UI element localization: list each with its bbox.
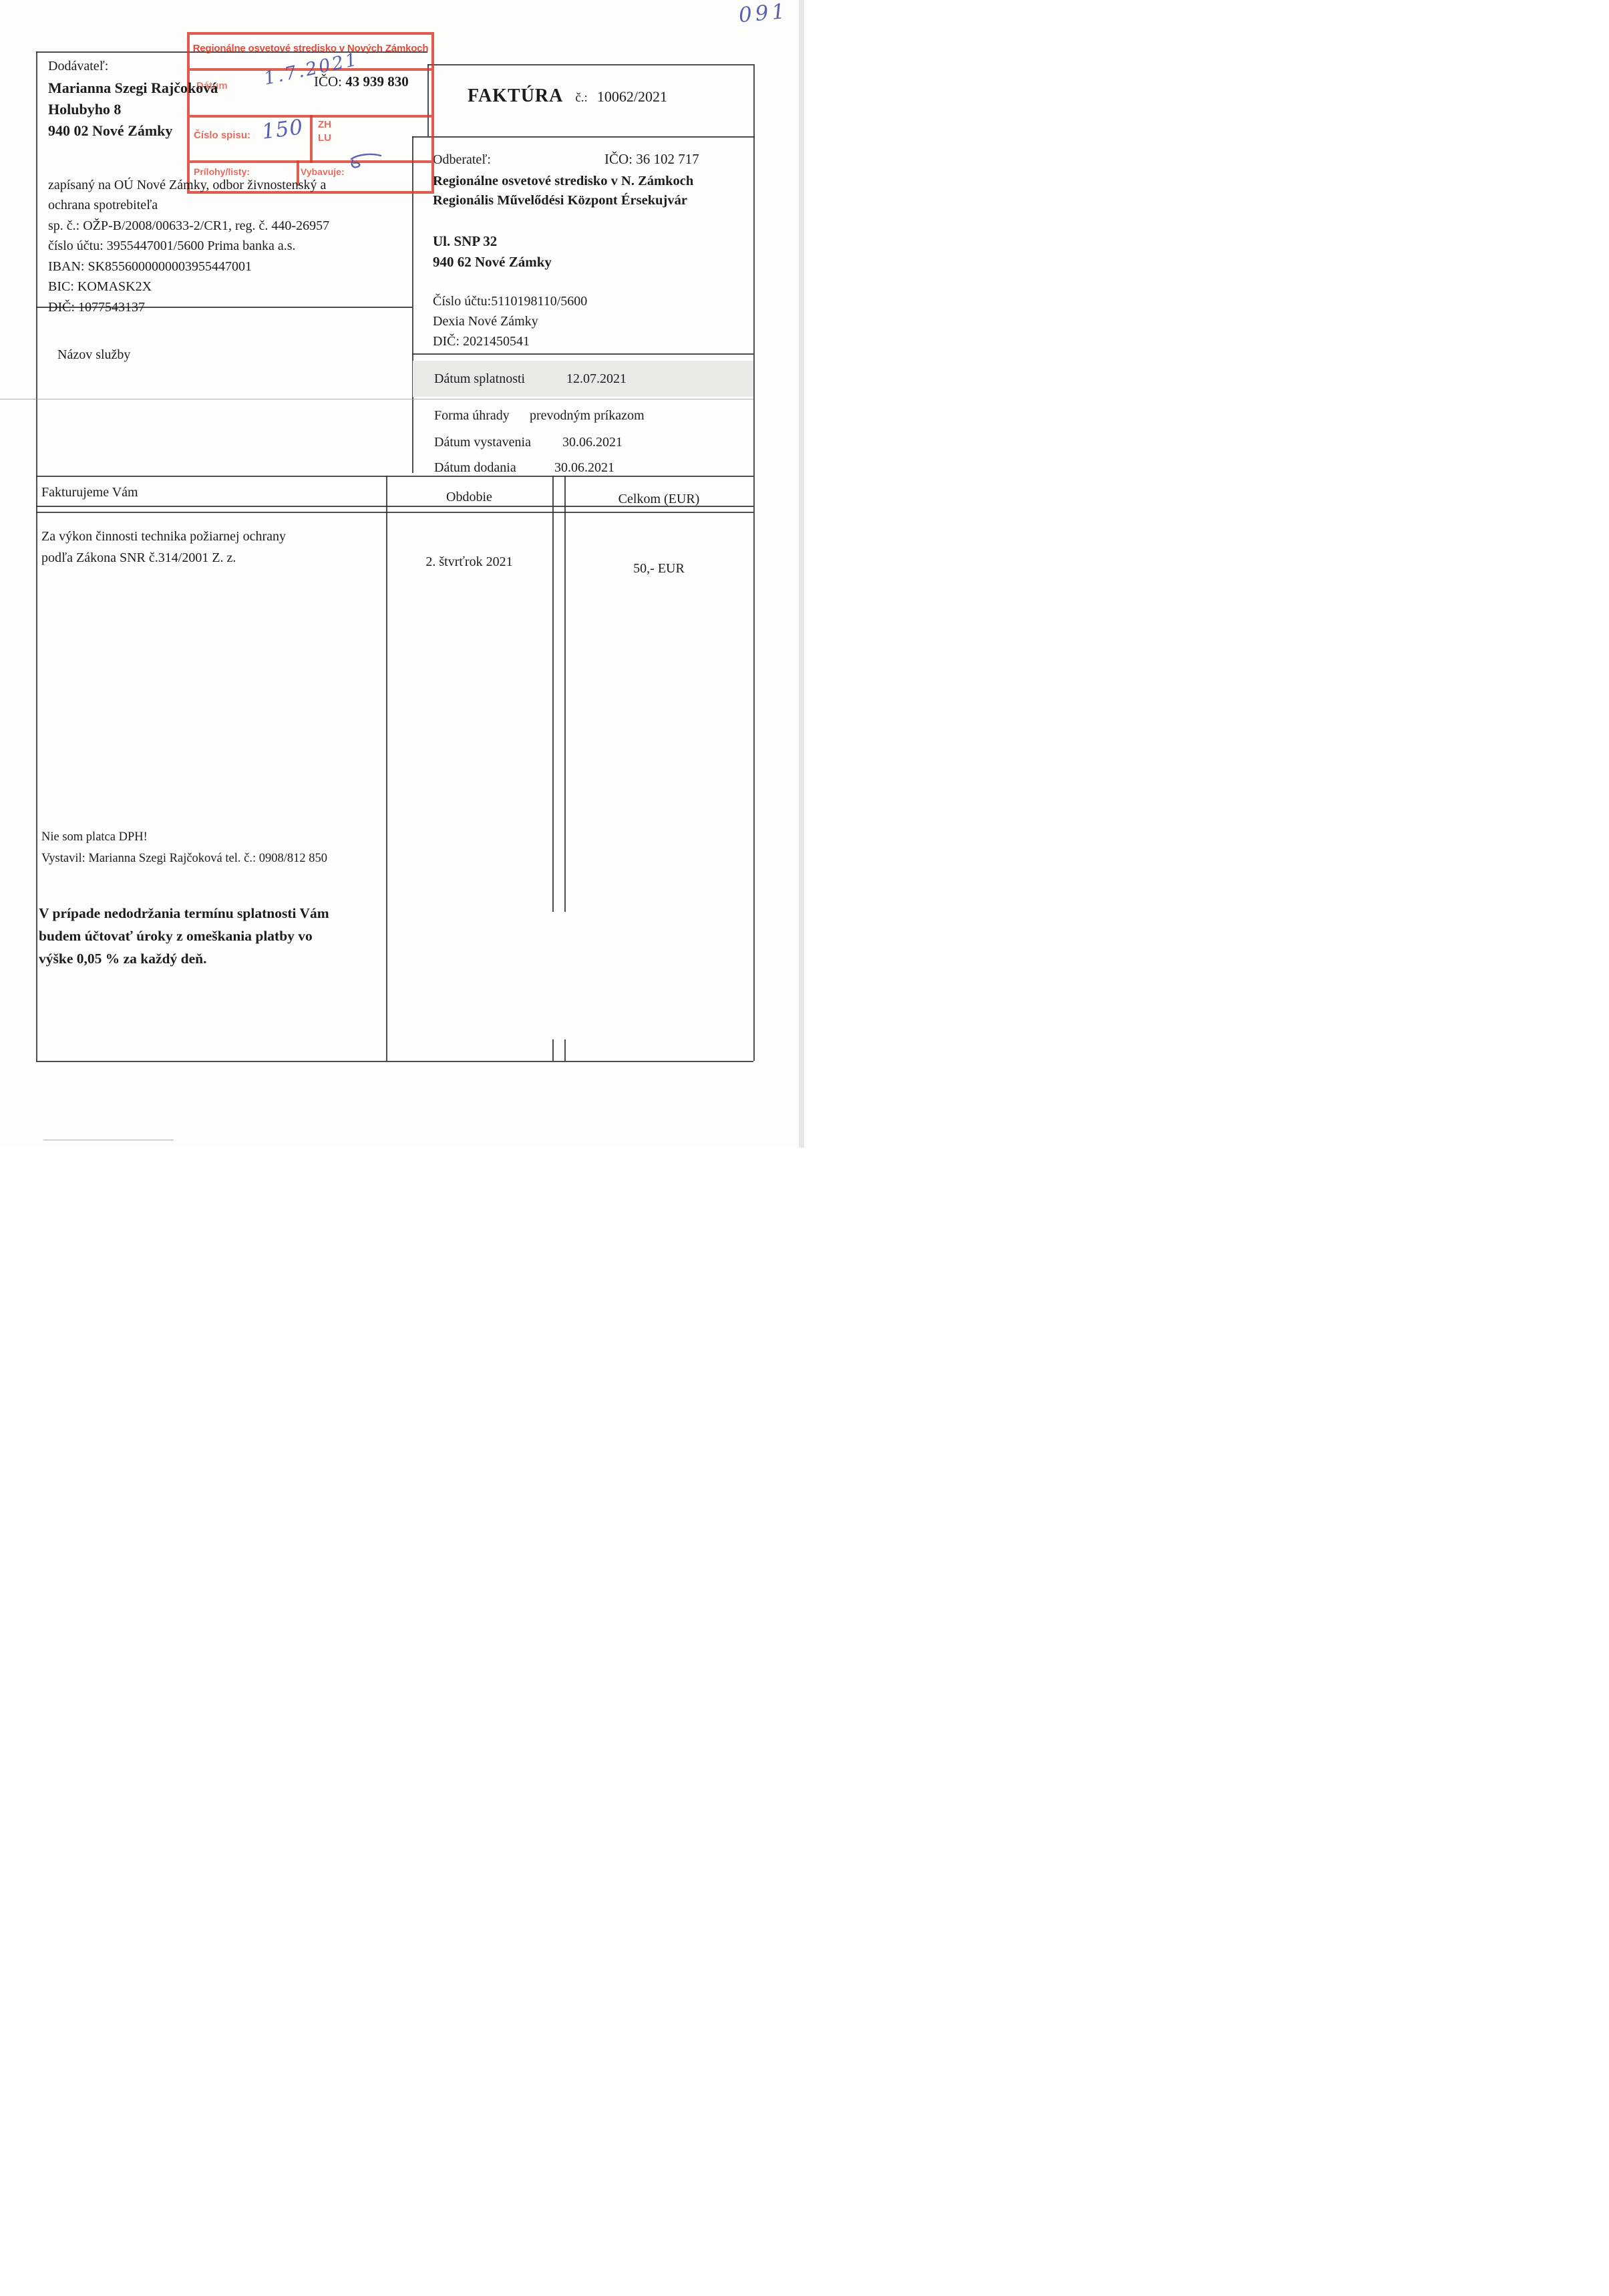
supplier-reg-line-5: IBAN: SK8556000000003955447001 — [48, 259, 252, 275]
supplier-reg-line-3: sp. č.: OŽP-B/2008/00633-2/CR1, reg. č. … — [48, 218, 329, 234]
scanned-invoice-page: 091 Regionálne osvetové stredisko v Nový… — [0, 0, 804, 1148]
line-item-description-1: Za výkon činnosti technika požiarnej och… — [41, 529, 286, 544]
stamp-row3-divider — [310, 115, 313, 163]
bottom-scan-artifact — [43, 1140, 174, 1140]
stamp-code-line2: LU — [318, 132, 331, 144]
paper-edge-shadow — [799, 0, 804, 1148]
customer-dic: DIČ: 2021450541 — [433, 334, 530, 349]
supplier-reg-line-4: číslo účtu: 3955447001/5600 Prima banka … — [48, 238, 296, 254]
issue-date-value: 30.06.2021 — [562, 435, 622, 450]
supplier-reg-line-6: BIC: KOMASK2X — [48, 279, 152, 295]
table-col2-divider-a-bottom — [552, 1039, 554, 1061]
supplier-reg-line-1: zapísaný na OÚ Nové Zámky, odbor živnost… — [48, 178, 326, 193]
table-top-line — [36, 476, 753, 477]
supplier-reg-line-7: DIČ: 1077543137 — [48, 300, 145, 315]
customer-label: Odberateľ: — [433, 152, 491, 168]
table-bottom-line — [36, 1061, 753, 1062]
delivery-date-label: Dátum dodania — [434, 460, 516, 476]
customer-street: Ul. SNP 32 — [433, 233, 497, 250]
invoice-box-bottom-line — [412, 136, 755, 138]
table-col2-divider-b — [564, 476, 566, 912]
handwritten-page-number: 091 — [738, 0, 789, 27]
line-item-description-2: podľa Zákona SNR č.314/2001 Z. z. — [41, 550, 236, 566]
invoice-number-label: č.: — [575, 91, 587, 105]
table-col2-divider-a — [552, 476, 554, 912]
customer-bottom-line — [412, 353, 753, 355]
stamp-title: Regionálne osvetové stredisko v Nových Z… — [190, 43, 431, 54]
line-item-period: 2. štvrťrok 2021 — [386, 554, 552, 570]
stamp-handles-label: Vybavuje: — [301, 166, 345, 177]
faint-scan-line — [0, 399, 753, 399]
late-payment-warning-line3: výške 0,05 % za každý deň. — [39, 951, 206, 967]
vat-exemption-note: Nie som platca DPH! — [41, 830, 148, 844]
handwritten-scribble-mark — [347, 151, 383, 172]
customer-ico: IČO: 36 102 717 — [604, 151, 699, 168]
customer-account: Číslo účtu:5110198110/5600 — [433, 294, 587, 309]
line-item-total: 50,- EUR — [564, 561, 753, 577]
payment-method-value: prevodným príkazom — [530, 408, 645, 424]
customer-name-line2: Regionális Művelődési Központ Érsekujvár — [433, 193, 687, 208]
delivery-date-value: 30.06.2021 — [554, 460, 614, 476]
issued-by-note: Vystavil: Marianna Szegi Rajčoková tel. … — [41, 852, 327, 866]
invoice-number: 10062/2021 — [597, 88, 667, 105]
customer-city: 940 62 Nové Zámky — [433, 254, 552, 271]
late-payment-warning-line2: budem účtovať úroky z omeškania platby v… — [39, 928, 313, 945]
stamp-attachments-label: Prílohy/listy: — [194, 166, 250, 177]
invoice-title-row: FAKTÚRA č.: 10062/2021 — [468, 86, 667, 107]
invoice-box-top-line — [427, 64, 753, 65]
issue-date-label: Dátum vystavenia — [434, 435, 531, 450]
table-header-bottom-line-2 — [36, 512, 753, 513]
stamp-code-line1: ZH — [318, 119, 331, 130]
stamp-file-number-label: Číslo spisu: — [194, 130, 250, 141]
handwritten-file-number: 150 — [260, 115, 305, 144]
customer-bank: Dexia Nové Zámky — [433, 314, 538, 329]
invoice-title: FAKTÚRA — [468, 86, 563, 106]
supplier-ico-value: 43 939 830 — [345, 73, 409, 90]
supplier-name: Marianna Szegi Rajčoková — [48, 79, 218, 97]
due-date-value: 12.07.2021 — [566, 371, 627, 387]
customer-name-line1: Regionálne osvetové stredisko v N. Zámko… — [433, 174, 693, 189]
due-date-label: Dátum splatnosti — [434, 371, 525, 387]
supplier-city: 940 02 Nové Zámky — [48, 122, 172, 140]
incoming-mail-stamp: Regionálne osvetové stredisko v Nových Z… — [187, 32, 434, 194]
left-border-line — [36, 51, 37, 1061]
supplier-label: Dodávateľ: — [48, 59, 108, 74]
payment-method-label: Forma úhrady — [434, 408, 510, 424]
table-col2-divider-b-bottom — [564, 1039, 566, 1061]
table-header-total: Celkom (EUR) — [564, 492, 753, 507]
supplier-street: Holubyho 8 — [48, 101, 121, 118]
right-border-line — [753, 64, 755, 1061]
table-header-period: Obdobie — [386, 490, 552, 505]
service-name-label: Názov služby — [57, 347, 130, 363]
supplier-reg-line-2: ochrana spotrebiteľa — [48, 198, 158, 213]
table-header-description: Fakturujeme Vám — [41, 485, 138, 500]
late-payment-warning-line1: V prípade nedodržania termínu splatnosti… — [39, 905, 329, 922]
